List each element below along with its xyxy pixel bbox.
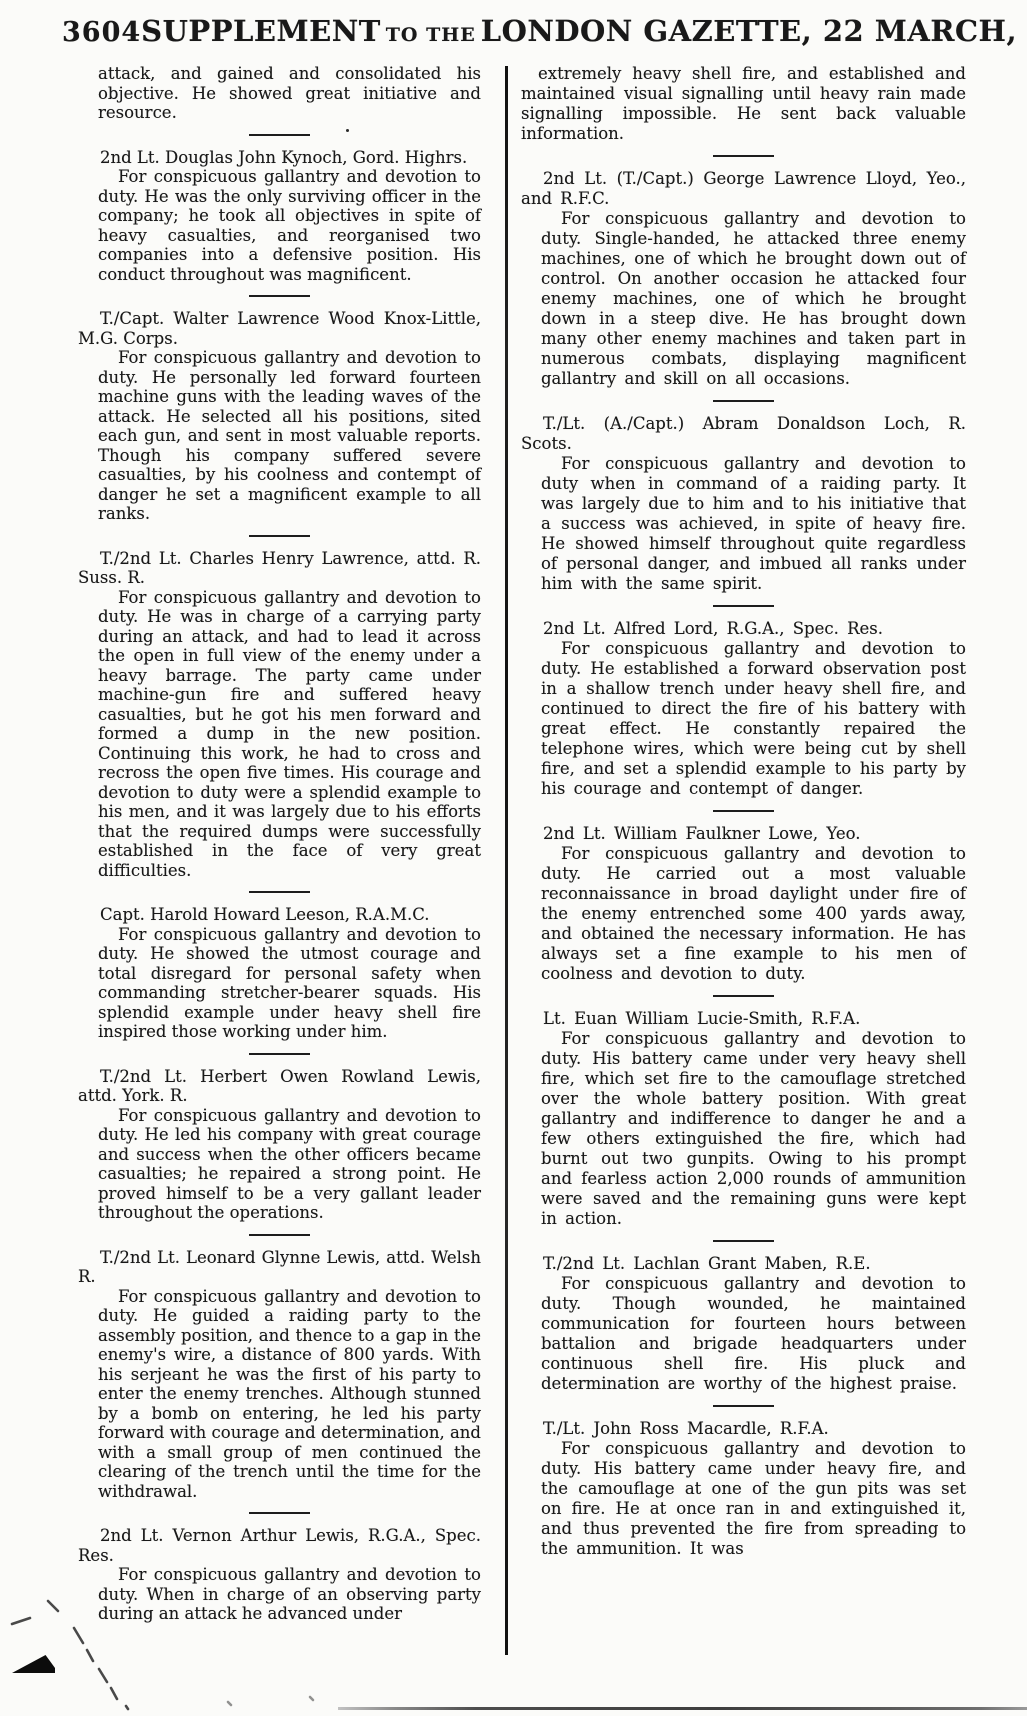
citation-entry: Capt. Harold Howard Leeson, R.A.M.C.For …: [78, 905, 481, 1042]
section-divider-rule: [713, 810, 774, 812]
citation-entry: 2nd Lt. William Faulkner Lowe, Yeo.For c…: [521, 824, 966, 984]
citation-entry: T./2nd Lt. Charles Henry Lawrence, attd.…: [78, 549, 481, 881]
citation-entry: 2nd Lt. Douglas John Kynoch, Gord. Highr…: [78, 148, 481, 285]
officer-name-line: 2nd Lt. Vernon Arthur Lewis, R.G.A., Spe…: [78, 1526, 481, 1565]
citation-text: extremely heavy shell fire, and establis…: [521, 64, 966, 144]
page-number: 3604: [62, 17, 141, 48]
citation-entry: 2nd Lt. (T./Capt.) George Lawrence Lloyd…: [521, 169, 966, 389]
officer-name-line: T./Lt. (A./Capt.) Abram Donaldson Loch, …: [521, 414, 966, 454]
citation-text: For conspicuous gallantry and devotion t…: [98, 1287, 481, 1502]
section-divider-rule: [249, 535, 310, 537]
officer-name-line: T./2nd Lt. Charles Henry Lawrence, attd.…: [78, 549, 481, 588]
officer-name-line: T./2nd Lt. Herbert Owen Rowland Lewis, a…: [78, 1067, 481, 1106]
section-divider-rule: [713, 1405, 774, 1407]
section-divider-rule: [249, 1053, 310, 1055]
section-divider-rule: [713, 400, 774, 402]
citation-text: For conspicuous gallantry and devotion t…: [541, 1029, 966, 1229]
citation-continuation: attack, and gained and consolidated his …: [78, 64, 481, 123]
officer-name-line: 2nd Lt. Alfred Lord, R.G.A., Spec. Res.: [521, 619, 966, 639]
citation-entry: Lt. Euan William Lucie-Smith, R.F.A.For …: [521, 1009, 966, 1229]
citation-text: For conspicuous gallantry and devotion t…: [98, 588, 481, 881]
citation-text: For conspicuous gallantry and devotion t…: [98, 925, 481, 1042]
scan-edge-line: [338, 1707, 1027, 1710]
officer-name-line: Capt. Harold Howard Leeson, R.A.M.C.: [78, 905, 481, 925]
citation-text: For conspicuous gallantry and devotion t…: [541, 1274, 966, 1394]
title-words-to-the: TO THE: [381, 24, 481, 46]
officer-name-line: T./2nd Lt. Lachlan Grant Maben, R.E.: [521, 1254, 966, 1274]
section-divider-rule: [713, 155, 774, 157]
officer-name-line: 2nd Lt. (T./Capt.) George Lawrence Lloyd…: [521, 169, 966, 209]
citation-text: For conspicuous gallantry and devotion t…: [541, 209, 966, 389]
section-divider-rule: [713, 605, 774, 607]
page-header: 3604 SUPPLEMENTTO THELONDON GAZETTE, 22 …: [62, 14, 967, 48]
citation-text: For conspicuous gallantry and devotion t…: [98, 348, 481, 524]
section-divider-rule: [249, 891, 310, 893]
citation-entry: T./2nd Lt. Herbert Owen Rowland Lewis, a…: [78, 1067, 481, 1223]
officer-name-line: T./Lt. John Ross Macardle, R.F.A.: [521, 1419, 966, 1439]
section-divider-rule: [249, 134, 310, 136]
citation-entry: T./Lt. (A./Capt.) Abram Donaldson Loch, …: [521, 414, 966, 594]
title-word-supplement: SUPPLEMENT: [141, 14, 381, 48]
section-divider-rule: [249, 1234, 310, 1236]
citation-entry: T./2nd Lt. Leonard Glynne Lewis, attd. W…: [78, 1248, 481, 1502]
citation-continuation: extremely heavy shell fire, and establis…: [521, 64, 966, 144]
officer-name-line: 2nd Lt. Douglas John Kynoch, Gord. Highr…: [78, 148, 481, 168]
citation-text: For conspicuous gallantry and devotion t…: [98, 1106, 481, 1223]
officer-name-line: 2nd Lt. William Faulkner Lowe, Yeo.: [521, 824, 966, 844]
citation-entry: T./Lt. John Ross Macardle, R.F.A.For con…: [521, 1419, 966, 1559]
citation-text: For conspicuous gallantry and devotion t…: [541, 1439, 966, 1559]
officer-name-line: Lt. Euan William Lucie-Smith, R.F.A.: [521, 1009, 966, 1029]
citation-text: For conspicuous gallantry and devotion t…: [541, 454, 966, 594]
page-title: SUPPLEMENTTO THELONDON GAZETTE, 22 MARCH…: [141, 14, 1027, 48]
left-column: attack, and gained and consolidated his …: [78, 64, 481, 1624]
title-words-london-gazette-date: LONDON GAZETTE, 22 MARCH, 1918.: [481, 14, 1027, 48]
officer-name-line: T./2nd Lt. Leonard Glynne Lewis, attd. W…: [78, 1248, 481, 1287]
officer-name-line: T./Capt. Walter Lawrence Wood Knox-Littl…: [78, 309, 481, 348]
section-divider-rule: [249, 1512, 310, 1514]
citation-text: For conspicuous gallantry and devotion t…: [541, 844, 966, 984]
ink-speck: [346, 129, 349, 132]
gazette-scanned-page: 3604 SUPPLEMENTTO THELONDON GAZETTE, 22 …: [0, 0, 1027, 1716]
citation-entry: T./Capt. Walter Lawrence Wood Knox-Littl…: [78, 309, 481, 524]
citation-text: For conspicuous gallantry and devotion t…: [98, 167, 481, 284]
section-divider-rule: [713, 995, 774, 997]
column-divider-rule: [505, 66, 508, 1655]
citation-entry: T./2nd Lt. Lachlan Grant Maben, R.E.For …: [521, 1254, 966, 1394]
right-column: extremely heavy shell fire, and establis…: [521, 64, 966, 1559]
section-divider-rule: [249, 295, 310, 297]
citation-text: attack, and gained and consolidated his …: [98, 64, 481, 123]
section-divider-rule: [713, 1240, 774, 1242]
citation-entry: 2nd Lt. Alfred Lord, R.G.A., Spec. Res.F…: [521, 619, 966, 799]
citation-text: For conspicuous gallantry and devotion t…: [541, 639, 966, 799]
handwritten-pencil-marks: [0, 1578, 340, 1716]
